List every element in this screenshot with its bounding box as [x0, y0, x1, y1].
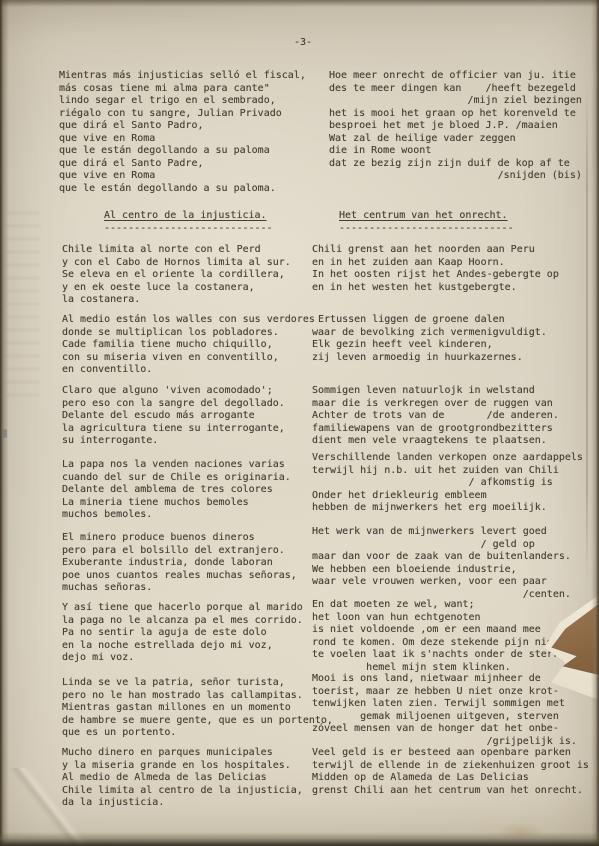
stanza-3-spanish-line-3: Cade familia tiene mucho chiquillo,: [62, 339, 315, 352]
section-header-dutch-line-1: Het centrum van het onrecht.: [339, 210, 514, 223]
stanza-4-dutch-line-1: Sommigen leven natuurlojk in welstand: [312, 385, 559, 398]
stanza-6-dutch-line-5: waar vele vrouwen werken, voor een paar: [312, 576, 571, 589]
stanza-9-dutch-line-4: grenst Chili aan het centrum van het onr…: [312, 785, 589, 798]
stanza-7-dutch-line-3: is niet voldoende ,om er een maand mee: [312, 624, 577, 637]
stanza-2-spanish: Chile limita al norte con el Perdy con e…: [62, 244, 291, 307]
stanza-2-spanish-line-5: la costanera.: [62, 294, 291, 307]
photographed-document-page: -3- Mientras más injusticias selló el fi…: [0, 0, 599, 846]
stanza-6-dutch-line-3: maar dan voor de zaak van de buitenlande…: [312, 551, 571, 564]
stanza-5-spanish-line-2: cuando del sur de Chile es originaria.: [62, 472, 291, 485]
stanza-1-dutch-line-5: besproei het met je bloed J.P. /maaien: [329, 120, 582, 133]
section-header-dutch-line-2: -----------------------------: [339, 223, 514, 236]
stanza-1-spanish-line-1: Mientras más injusticias selló el fiscal…: [59, 70, 306, 83]
stanza-7-dutch: En dat moeten ze wel, want;het loon van …: [312, 599, 577, 674]
stanza-1-dutch-line-6: Wat zal de heilige vader zeggen: [329, 133, 582, 146]
photo-edge-top: [0, 0, 599, 7]
stanza-6-spanish-line-5: muchas señoras.: [62, 582, 297, 595]
stanza-1-spanish-line-4: riégalo con tu sangre, Julian Privado: [59, 108, 306, 121]
stanza-9-dutch-line-3: Midden op de Alameda de Las Delicias: [312, 772, 589, 785]
stanza-2-dutch-line-1: Chili grenst aan het noorden aan Peru: [312, 244, 559, 257]
stanza-8-dutch-line-1: Mooi is ons land, nietwaar mijnheer de: [312, 673, 577, 686]
stanza-5-dutch-line-4: Onder het driekleurig embleem: [312, 490, 583, 503]
stanza-2-spanish-line-3: Se eleva en el oriente la cordillera,: [62, 269, 291, 282]
stanza-2-spanish-line-4: y en ek oeste luce la costanera,: [62, 282, 291, 295]
stanza-5-spanish-line-4: La mineria tiene muchos bemoles: [62, 497, 291, 510]
stanza-7-spanish-line-4: en la noche estrellada dejo mi voz,: [62, 640, 303, 653]
stanza-6-dutch-line-1: Het werk van de mijnwerkers levert goed: [312, 526, 571, 539]
stanza-6-dutch-line-2: / geld op: [312, 539, 571, 552]
stanza-4-spanish-line-3: Delante del escudo más arrogante: [62, 410, 285, 423]
stanza-8-spanish-line-5: que es un portento.: [62, 727, 333, 740]
stanza-6-spanish-line-2: pero para el bolsillo del extranjero.: [62, 545, 297, 558]
stanza-1-spanish-line-8: que dirá el Santo Padre,: [59, 158, 306, 171]
stanza-4-dutch-line-5: dient men vele vraagtekens te plaatsen.: [312, 435, 559, 448]
stanza-1-spanish-line-2: más cosas tiene mi alma para cante": [59, 83, 306, 96]
stanza-1-spanish-line-9: que vive en Roma: [59, 170, 306, 183]
section-header-spanish-line-2: ----------------------------: [104, 223, 273, 236]
section-header-dutch: Het centrum van het onrecht.------------…: [339, 210, 514, 235]
stanza-5-spanish: La papa nos la venden naciones variascua…: [62, 459, 291, 522]
stanza-4-spanish: Claro que alguno 'viven acomodado';pero …: [62, 385, 285, 448]
stanza-9-spanish-line-1: Mucho dinero en parques municipales: [62, 747, 303, 760]
stanza-9-spanish-line-2: y la miseria grande en los hospitales.: [62, 760, 303, 773]
stanza-7-spanish-line-3: Pa no sentir la aguja de este dolo: [62, 627, 303, 640]
stanza-1-dutch-line-4: het is mooi het graan op het korenveld t…: [329, 108, 582, 121]
stanza-6-spanish: El minero produce buenos dinerospero par…: [62, 532, 297, 595]
stanza-3-dutch: Ertussen liggen de groene dalenwaar de b…: [312, 314, 547, 364]
stanza-8-dutch-line-3: tenwijken laten zien. Terwijl sommigen m…: [312, 698, 577, 711]
photo-edge-left: [0, 0, 9, 846]
photo-edge-bottom: [0, 832, 599, 846]
stanza-1-dutch-line-8: dat ze bezig zijn zijn duif de kop af te: [329, 158, 582, 171]
stanza-2-spanish-line-2: y con el Cabo de Hornos limita al sur.: [62, 257, 291, 270]
stanza-2-dutch: Chili grenst aan het noorden aan Peruen …: [312, 244, 559, 294]
stanza-1-spanish-line-5: que dirá el Santo Padro,: [59, 120, 306, 133]
stanza-8-dutch-line-2: toerist, maar ze hebben U niet onze krot…: [312, 686, 577, 699]
stanza-3-spanish-line-5: en conventillo.: [62, 364, 315, 377]
stanza-8-dutch: Mooi is ons land, nietwaar mijnheer deto…: [312, 673, 577, 748]
stanza-3-dutch-line-2: waar de bevolking zich vermenigvuldigt.: [312, 327, 547, 340]
stanza-7-spanish-line-1: Y así tiene que hacerlo porque al marido: [62, 602, 303, 615]
stanza-4-dutch-line-3: Achter de trots van de /de anderen.: [312, 410, 559, 423]
stanza-9-spanish: Mucho dinero en parques municipalesy la …: [62, 747, 303, 810]
stanza-5-spanish-line-5: muchos bemoles.: [62, 509, 291, 522]
stanza-8-spanish: Linda se ve la patria, señor turista,per…: [62, 677, 333, 740]
section-header-spanish-line-1: Al centro de la injusticia.: [104, 210, 273, 223]
stanza-4-dutch: Sommigen leven natuurlojk in welstandmaa…: [312, 385, 559, 448]
stanza-1-dutch-line-9: /snijden (bis): [329, 170, 582, 183]
stanza-7-spanish-line-5: dejo mi voz.: [62, 652, 303, 665]
stanza-9-dutch: Veel geld is er besteed aan openbare par…: [312, 747, 589, 797]
stanza-2-dutch-line-3: In het oosten rijst het Andes-gebergte o…: [312, 269, 559, 282]
stanza-5-spanish-line-1: La papa nos la venden naciones varias: [62, 459, 291, 472]
stanza-6-spanish-line-1: El minero produce buenos dineros: [62, 532, 297, 545]
stanza-1-spanish-line-10: que le están degollando a su paloma.: [59, 183, 306, 196]
stanza-5-dutch-line-3: / afkomstig is: [312, 477, 583, 490]
stanza-5-spanish-line-3: Delante del amblema de tres colores: [62, 484, 291, 497]
stanza-4-spanish-line-1: Claro que alguno 'viven acomodado';: [62, 385, 285, 398]
stanza-3-spanish-line-1: Al medio están los walles con sus verdor…: [62, 314, 315, 327]
stanza-6-dutch: Het werk van de mijnwerkers levert goed …: [312, 526, 571, 601]
stanza-9-dutch-line-2: terwijl de ellende in de ziekenhuizen gr…: [312, 760, 589, 773]
stanza-5-dutch: Verschillende landen verkopen onze aarda…: [312, 452, 583, 515]
stanza-4-spanish-line-5: su interrogante.: [62, 435, 285, 448]
stanza-3-spanish-line-2: donde se multiplican los pobladores.: [62, 327, 315, 340]
stanza-8-spanish-line-1: Linda se ve la patria, señor turista,: [62, 677, 333, 690]
stanza-3-spanish-line-4: con su miseria viven en conventillo,: [62, 352, 315, 365]
stanza-3-spanish: Al medio están los walles con sus verdor…: [62, 314, 315, 377]
stanza-5-dutch-line-2: terwijl hij n.b. uit het zuiden van Chil…: [312, 465, 583, 478]
stanza-1-dutch-line-1: Hoe meer onrecht de officier van ju. iti…: [329, 70, 582, 83]
stanza-4-spanish-line-2: pero eso con la sangre del degollado.: [62, 398, 285, 411]
stanza-1-dutch: Hoe meer onrecht de officier van ju. iti…: [329, 70, 582, 183]
stanza-2-dutch-line-2: en in het zuiden aan Kaap Hoorn.: [312, 257, 559, 270]
stanza-3-dutch-line-1: Ertussen liggen de groene dalen: [312, 314, 547, 327]
stanza-8-spanish-line-4: de hambre se muere gente, que es un port…: [62, 715, 333, 728]
stanza-1-spanish-line-6: que vive en Roma: [59, 133, 306, 146]
stanza-8-dutch-line-5: zóveel mensen van de honger dat het onbe…: [312, 723, 577, 736]
stanza-6-spanish-line-3: Exuberante industria, donde laboran: [62, 557, 297, 570]
stanza-6-dutch-line-4: We hebben een bloeiende industrie,: [312, 564, 571, 577]
stanza-1-spanish-line-3: lindo segar el trigo en el sembrado,: [59, 95, 306, 108]
stanza-4-dutch-line-4: familiewapens van de grootgrondbezitters: [312, 423, 559, 436]
stanza-7-dutch-line-1: En dat moeten ze wel, want;: [312, 599, 577, 612]
stanza-3-dutch-line-4: zij leven armoedig in huurkazernes.: [312, 352, 547, 365]
stanza-7-dutch-line-2: het loon van hun echtgenoten: [312, 612, 577, 625]
stanza-9-spanish-line-5: da la injusticia.: [62, 797, 303, 810]
stanza-2-spanish-line-1: Chile limita al norte con el Perd: [62, 244, 291, 257]
photo-edge-right: [591, 0, 599, 846]
stanza-7-dutch-line-5: te voelen laat ik s'nachts onder de ster…: [312, 649, 577, 662]
stanza-8-dutch-line-4: gemak miljoenen uitgeven, sterven: [312, 711, 577, 724]
typewritten-text-layer: Mientras más injusticias selló el fiscal…: [0, 0, 599, 846]
stanza-1-spanish: Mientras más injusticias selló el fiscal…: [59, 70, 306, 195]
stanza-5-dutch-line-5: hebben de mijnwerkers het erg moeilijk.: [312, 502, 583, 515]
stanza-1-dutch-line-3: /mijn ziel bezingen: [329, 95, 582, 108]
stanza-9-spanish-line-4: Chile limita al centro de la injusticia,: [62, 785, 303, 798]
stanza-1-dutch-line-2: des te meer dingen kan /heeft bezegeld: [329, 83, 582, 96]
stanza-1-dutch-line-7: die in Rome woont: [329, 145, 582, 158]
stanza-7-dutch-line-4: rond te komen. Om deze stekende pijn nie…: [312, 637, 577, 650]
stanza-9-dutch-line-1: Veel geld is er besteed aan openbare par…: [312, 747, 589, 760]
stanza-7-spanish: Y así tiene que hacerlo porque al marido…: [62, 602, 303, 665]
stanza-4-spanish-line-4: la agricultura tiene su interrogante,: [62, 423, 285, 436]
stanza-1-spanish-line-7: que le están degollando a su paloma: [59, 145, 306, 158]
stanza-3-dutch-line-3: Elk gezin heeft veel kinderen,: [312, 339, 547, 352]
stanza-8-spanish-line-2: pero no le han mostrado las callampitas.: [62, 690, 333, 703]
stanza-7-spanish-line-2: la paga no le alcanza pa el mes corrido.: [62, 615, 303, 628]
stanza-9-spanish-line-3: Al medio de Almeda de las Delicias: [62, 772, 303, 785]
stanza-4-dutch-line-2: maar die is verkregen over de ruggen van: [312, 398, 559, 411]
stanza-6-spanish-line-4: poe unos cuantos reales muchas señoras,: [62, 570, 297, 583]
stanza-5-dutch-line-1: Verschillende landen verkopen onze aarda…: [312, 452, 583, 465]
stanza-8-spanish-line-3: Mientras gastan millones en un momento: [62, 702, 333, 715]
stanza-2-dutch-line-4: en in het westen het kustgebergte.: [312, 282, 559, 295]
section-header-spanish: Al centro de la injusticia.-------------…: [104, 210, 273, 235]
